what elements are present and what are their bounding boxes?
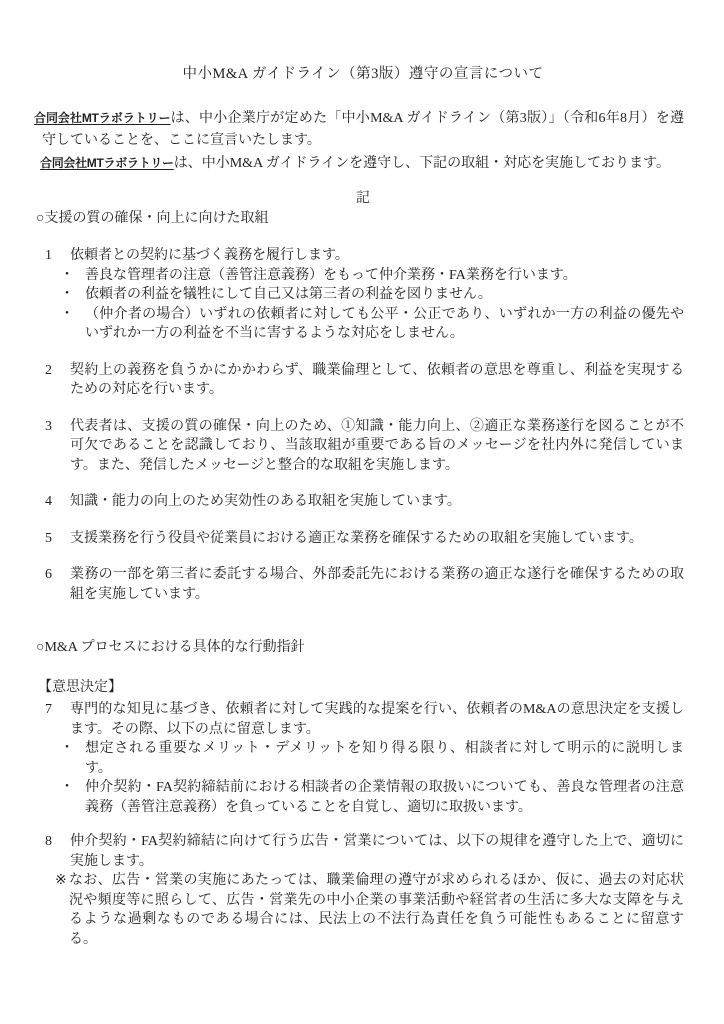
list-item: ・ 善良な管理者の注意（善管注意義務）をもって仲介業務・FA業務を行います。 [42,266,684,286]
bullet-text: （仲介者の場合）いずれの依頼者に対しても公平・公正であり、いずれか一方の利益の優… [85,307,684,342]
item-2-text-line: 2 契約上の義務を負うかにかかわらず、職業倫理として、依頼者の意思を尊重し、利益… [42,361,684,400]
item-number: 6 [45,565,52,585]
numbered-item-4: 4 知識・能力の向上のため実効性のある取組を実施しています。 [42,492,684,512]
list-item: ・ 想定される重要なメリット・デメリットを知り得る限り、相談者に対して明示的に説… [42,739,684,778]
item-number: 5 [45,529,52,549]
numbered-item-3: 3 代表者は、支援の質の確保・向上のため、①知識・能力向上、②適正な業務遂行を図… [42,417,684,476]
list-item: ・ 仲介契約・FA契約締結前における相談者の企業情報の取扱いについても、善良な管… [42,778,684,817]
item-text: 代表者は、支援の質の確保・向上のため、①知識・能力向上、②適正な業務遂行を図るこ… [70,419,684,473]
document-title: 中小M&A ガイドライン（第3版）遵守の宣言について [42,64,684,85]
declaration-paragraph-1: 合同会社MTラボラトリーは、中小企業庁が定めた「中小M&A ガイドライン（第3版… [42,107,684,152]
bullet-text: 仲介契約・FA契約締結前における相談者の企業情報の取扱いについても、善良な管理者… [85,780,684,815]
section-heading-quality: ○支援の質の確保・向上に向けた取組 [36,209,684,229]
item-number: 8 [45,832,52,852]
item-text: 仲介契約・FA契約締結に向けて行う広告・営業については、以下の規律を遵守した上で… [70,834,684,869]
list-item: ・ （仲介者の場合）いずれの依頼者に対しても公平・公正であり、いずれか一方の利益… [42,305,684,344]
item-6-text-line: 6 業務の一部を第三者に委託する場合、外部委託先における業務の適正な遂行を確保す… [42,565,684,604]
bullet-icon: ・ [60,778,74,798]
bullet-text: 依頼者の利益を犠牲にして自己又は第三者の利益を図りません。 [85,287,492,302]
numbered-item-6: 6 業務の一部を第三者に委託する場合、外部委託先における業務の適正な遂行を確保す… [42,565,684,604]
reference-mark-icon: ※ [55,871,67,891]
item-3-text-line: 3 代表者は、支援の質の確保・向上のため、①知識・能力向上、②適正な業務遂行を図… [42,417,684,476]
numbered-item-2: 2 契約上の義務を負うかにかかわらず、職業倫理として、依頼者の意思を尊重し、利益… [42,361,684,400]
item-4-text-line: 4 知識・能力の向上のため実効性のある取組を実施しています。 [42,492,684,512]
item-text: 支援業務を行う役員や従業員における適正な業務を確保するための取組を実施しています… [70,531,643,546]
item-number: 7 [45,700,52,720]
note-text: なお、広告・営業の実施にあたっては、職業倫理の遵守が求められるほか、仮に、過去の… [69,873,684,947]
numbered-item-5: 5 支援業務を行う役員や従業員における適正な業務を確保するための取組を実施してい… [42,529,684,549]
bullet-icon: ・ [60,739,74,759]
bullet-icon: ・ [60,266,74,286]
item-number: 2 [45,361,52,381]
numbered-item-7: 7 専門的な知見に基づき、依頼者に対して実践的な提案を行い、依頼者のM&Aの意思… [42,700,684,817]
item-5-text-line: 5 支援業務を行う役員や従業員における適正な業務を確保するための取組を実施してい… [42,529,684,549]
bullet-icon: ・ [60,285,74,305]
item-text: 知識・能力の向上のため実効性のある取組を実施しています。 [70,494,461,509]
item-number: 1 [45,246,52,266]
record-marker: 記 [42,189,684,209]
item-7-text-line: 7 専門的な知見に基づき、依頼者に対して実践的な提案を行い、依頼者のM&Aの意思… [42,700,684,739]
numbered-item-8: 8 仲介契約・FA契約締結に向けて行う広告・営業については、以下の規律を遵守した… [42,832,684,949]
bullet-text: 想定される重要なメリット・デメリットを知り得る限り、相談者に対して明示的に説明し… [85,741,684,776]
item-8-text-line: 8 仲介契約・FA契約締結に向けて行う広告・営業については、以下の規律を遵守した… [42,832,684,871]
declaration-paragraph-2-text: は、中小M&A ガイドラインを遵守し、下記の取組・対応を実施しております。 [174,156,670,171]
numbered-item-1: 1 依頼者との契約に基づく義務を履行します。 ・ 善良な管理者の注意（善管注意義… [42,246,684,344]
bullet-icon: ・ [60,305,74,325]
declaration-paragraph-2: 合同会社MTラボラトリーは、中小M&A ガイドラインを遵守し、下記の取組・対応を… [42,152,684,175]
item-text: 契約上の義務を負うかにかかわらず、職業倫理として、依頼者の意思を尊重し、利益を実… [70,363,684,398]
item-number: 4 [45,492,52,512]
bullet-text: 善良な管理者の注意（善管注意義務）をもって仲介業務・FA業務を行います。 [85,268,577,283]
company-name: 合同会社MTラボラトリー [34,111,171,125]
subsection-heading-decision: 【意思決定】 [38,678,684,698]
item-text: 専門的な知見に基づき、依頼者に対して実践的な提案を行い、依頼者のM&Aの意思決定… [70,702,684,737]
section-heading-process: ○M&A プロセスにおける具体的な行動指針 [36,638,684,658]
item-text: 業務の一部を第三者に委託する場合、外部委託先における業務の適正な遂行を確保するた… [70,567,684,602]
item-text: 依頼者との契約に基づく義務を履行します。 [70,248,349,263]
item-number: 3 [45,417,52,437]
company-name: 合同会社MTラボラトリー [40,156,174,170]
item-8-note: ※ なお、広告・営業の実施にあたっては、職業倫理の遵守が求められるほか、仮に、過… [42,871,684,949]
list-item: ・ 依頼者の利益を犠牲にして自己又は第三者の利益を図りません。 [42,285,684,305]
document-page: 中小M&A ガイドライン（第3版）遵守の宣言について 合同会社MTラボラトリーは… [0,0,724,1024]
item-1-text-line: 1 依頼者との契約に基づく義務を履行します。 [42,246,684,266]
